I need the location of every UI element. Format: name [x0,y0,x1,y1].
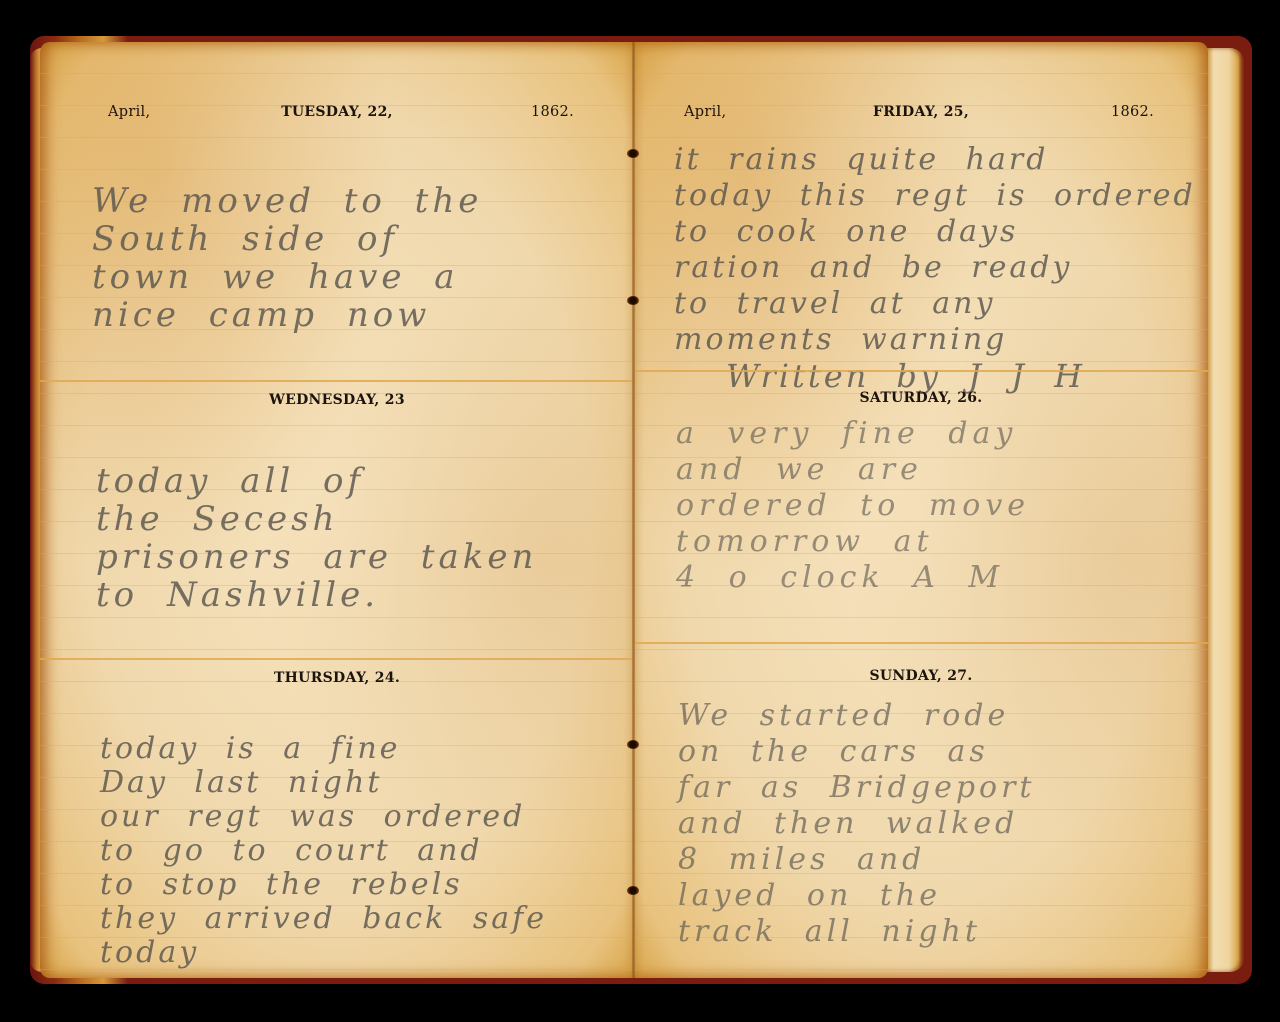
diary-entry-sunday: We started rode on the cars as far as Br… [678,698,1172,950]
binding-hole-icon [627,296,639,305]
left-page: April, TUESDAY, 22, 1862. We moved to th… [40,42,634,978]
entry-line: town we have a [92,258,598,296]
entry-line: today [100,936,598,970]
day-divider [634,642,1208,644]
entry-line: tomorrow at [676,524,1172,560]
open-diary: April, TUESDAY, 22, 1862. We moved to th… [30,36,1252,984]
entry-line: to cook one days [674,214,1172,250]
entry-line: to stop the rebels [100,868,598,902]
day-divider [40,380,634,382]
entry-line: ration and be ready [674,250,1172,286]
day-title-wednesday: WEDNESDAY, 23 [40,392,634,408]
entry-line: on the cars as [678,734,1172,770]
right-page: April, FRIDAY, 25, 1862. it rains quite … [634,42,1208,978]
day-divider [40,658,634,660]
entry-line: and we are [676,452,1172,488]
diary-entry-wednesday: today all of the Secesh prisoners are ta… [96,462,598,614]
entry-line: to travel at any [674,286,1172,322]
binding-hole-icon [627,740,639,749]
entry-line: today this regt is ordered [674,178,1172,214]
entry-line: the Secesh [96,500,598,538]
diary-entry-saturday: a very fine day and we are ordered to mo… [676,416,1172,596]
day-title-saturday: SATURDAY, 26. [634,390,1208,406]
entry-line: moments warning [674,322,1172,358]
entry-line: nice camp now [92,296,598,334]
entry-line: our regt was ordered [100,800,598,834]
entry-line: today all of [96,462,598,500]
entry-line: ordered to move [676,488,1172,524]
diary-entry-tuesday: We moved to the South side of town we ha… [92,182,598,334]
diary-entry-thursday: today is a fine Day last night our regt … [100,732,598,970]
entry-line: We moved to the [92,182,598,220]
entry-line: to Nashville. [96,576,598,614]
entry-line: prisoners are taken [96,538,598,576]
entry-line: to go to court and [100,834,598,868]
day-title-sunday: SUNDAY, 27. [634,668,1208,684]
entry-line: and then walked [678,806,1172,842]
entry-line: track all night [678,914,1172,950]
entry-line: Day last night [100,766,598,800]
right-page-edges [1206,48,1244,972]
entry-line: today is a fine [100,732,598,766]
entry-line: it rains quite hard [674,142,1172,178]
entry-line: a very fine day [676,416,1172,452]
entry-line: they arrived back safe [100,902,598,936]
binding-hole-icon [627,149,639,158]
entry-line: South side of [92,220,598,258]
entry-line: layed on the [678,878,1172,914]
entry-line: We started rode [678,698,1172,734]
day-title-thursday: THURSDAY, 24. [40,670,634,686]
header-year: 1862. [1111,104,1154,120]
binding-hole-icon [627,886,639,895]
day-divider [634,370,1208,372]
diary-entry-friday: it rains quite hard today this regt is o… [674,142,1172,394]
entry-line: 8 miles and [678,842,1172,878]
entry-line: 4 o clock A M [676,560,1172,596]
book-spine [632,42,635,978]
entry-line: far as Bridgeport [678,770,1172,806]
header-year: 1862. [531,104,574,120]
entry-signature: Written by J J H [674,358,1172,394]
